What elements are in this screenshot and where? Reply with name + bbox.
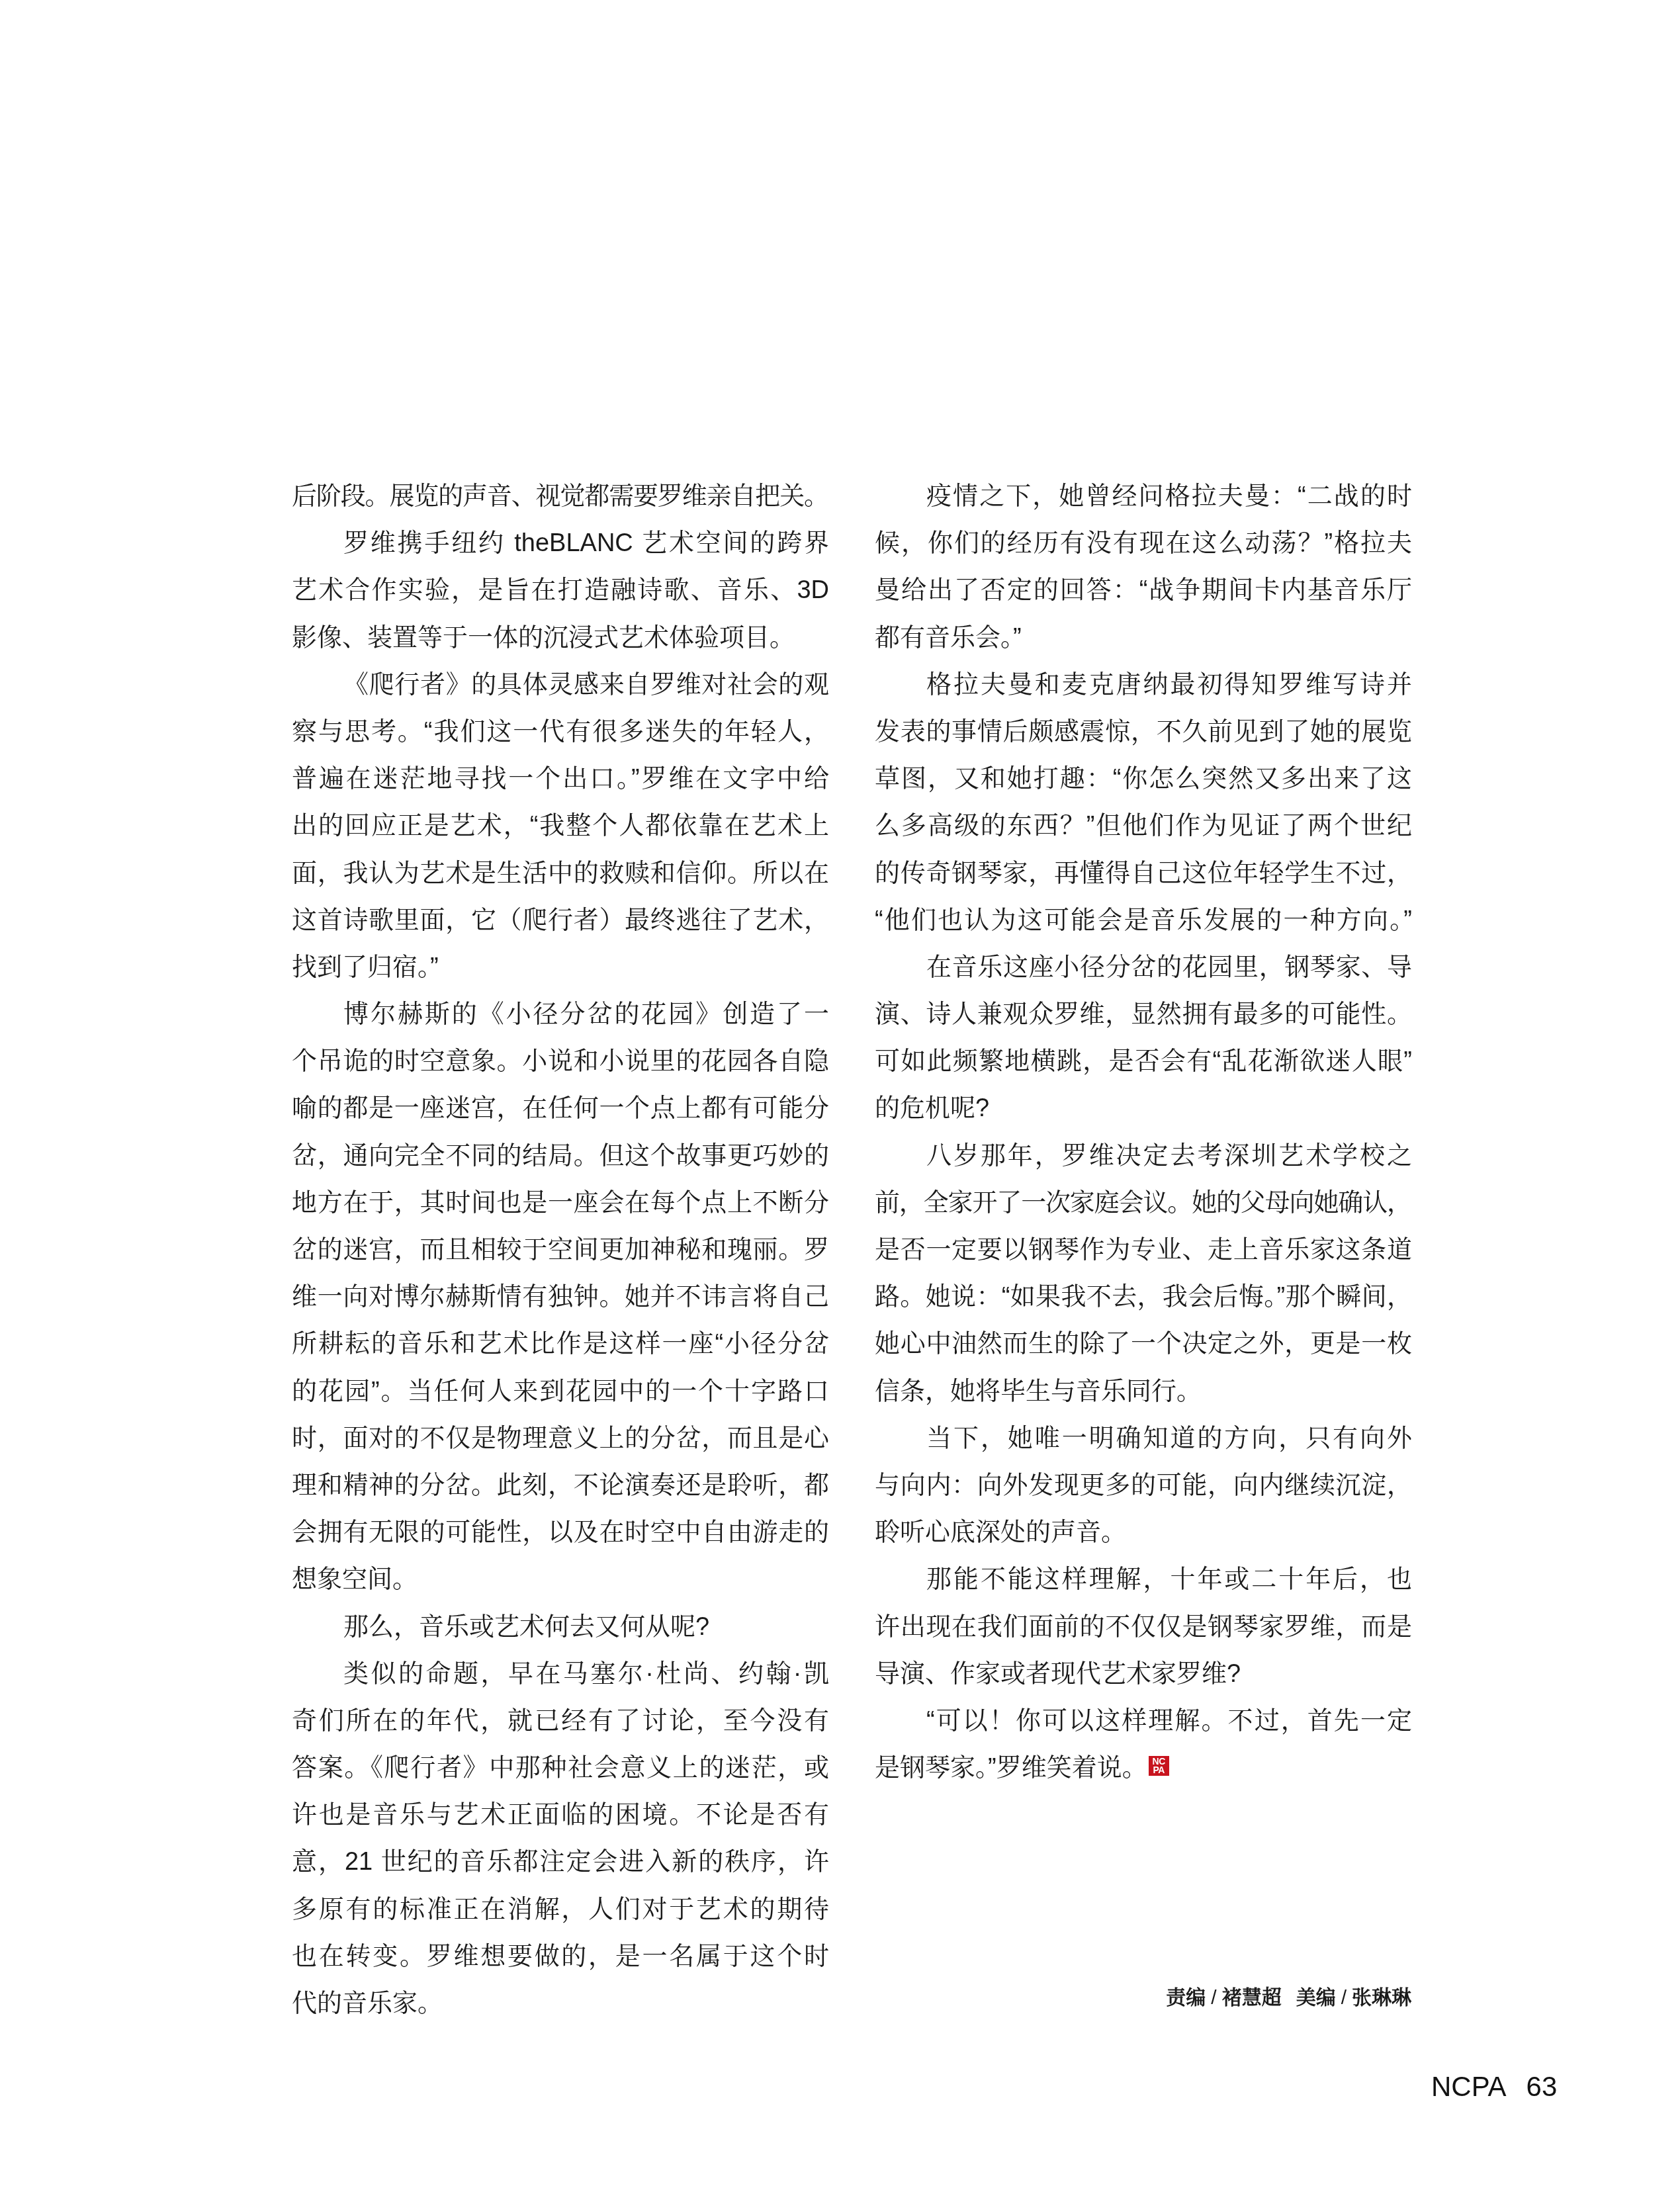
separator-slash: / [1211, 1987, 1216, 2009]
paragraph-line: 么多高级的东西？”但他们作为见证了两个世纪 [875, 803, 1412, 850]
paragraph-line: 后阶段。展览的声音、视觉都需要罗维亲自把关。 [292, 473, 829, 520]
paragraph-line: 八岁那年，罗维决定去考深圳艺术学校之 [875, 1133, 1412, 1180]
paragraph-line: 普遍在迷茫地寻找一个出口。”罗维在文字中给 [292, 756, 829, 803]
editor-name: 褚慧超 [1222, 1987, 1282, 2009]
paragraph-line: 路。她说：“如果我不去，我会后悔。”那个瞬间， [875, 1274, 1412, 1321]
paragraph-line: 艺术合作实验，是旨在打造融诗歌、音乐、3D [292, 567, 829, 614]
paragraph-line: 想象空间。 [292, 1556, 829, 1603]
paragraph-line: 影像、装置等于一体的沉浸式艺术体验项目。 [292, 615, 829, 662]
paragraph-line: 这首诗歌里面，它（爬行者）最终逃往了艺术， [292, 897, 829, 944]
paragraph-line: 面，我认为艺术是生活中的救赎和信仰。所以在 [292, 850, 829, 897]
paragraph-line: 她心中油然而生的除了一个决定之外，更是一枚 [875, 1321, 1412, 1368]
paragraph-line: 那么，音乐或艺术何去又何从呢? [292, 1604, 829, 1651]
designer-label: 美编 [1296, 1987, 1336, 2009]
page-folio: NCPA63 [1431, 2073, 1557, 2101]
paragraph-line: 与向内：向外发现更多的可能，向内继续沉淀， [875, 1462, 1412, 1509]
editor-credits: 责编/褚慧超美编/张琳琳 [1166, 1985, 1411, 2011]
paragraph-line: 在音乐这座小径分岔的花园里，钢琴家、导 [875, 944, 1412, 991]
paragraph-line: 草图，又和她打趣：“你怎么突然又多出来了这 [875, 756, 1412, 803]
paragraph-line: 罗维携手纽约 theBLANC 艺术空间的跨界 [292, 520, 829, 567]
paragraph-line: 岔，通向完全不同的结局。但这个故事更巧妙的 [292, 1133, 829, 1180]
paragraph-line: 当下，她唯一明确知道的方向，只有向外 [875, 1415, 1412, 1462]
paragraph-line: 的花园”。当任何人来到花园中的一个十字路口 [292, 1368, 829, 1415]
paragraph-line: 奇们所在的年代，就已经有了讨论，至今没有 [292, 1698, 829, 1745]
paragraph-line: 多原有的标准正在消解，人们对于艺术的期待 [292, 1886, 829, 1933]
paragraph-line: 聆听心底深处的声音。 [875, 1509, 1412, 1556]
paragraph-line: 岔的迷宫，而且相较于空间更加神秘和瑰丽。罗 [292, 1227, 829, 1274]
paragraph-line: 察与思考。“我们这一代有很多迷失的年轻人， [292, 709, 829, 756]
paragraph-line: 许出现在我们面前的不仅仅是钢琴家罗维，而是 [875, 1604, 1412, 1651]
paragraph-line: 时，面对的不仅是物理意义上的分岔，而且是心 [292, 1415, 829, 1462]
paragraph-line: 理和精神的分岔。此刻，不论演奏还是聆听，都 [292, 1462, 829, 1509]
paragraph-line: 博尔赫斯的《小径分岔的花园》创造了一 [292, 991, 829, 1038]
paragraph-line: 那能不能这样理解，十年或二十年后，也 [875, 1556, 1412, 1603]
paragraph-line: 《爬行者》的具体灵感来自罗维对社会的观 [292, 662, 829, 709]
paragraph-line: 答案。《爬行者》中那种社会意义上的迷茫，或 [292, 1745, 829, 1792]
right-column: 疫情之下，她曾经问格拉夫曼：“二战的时 候，你们的经历有没有现在这么动荡？”格拉… [875, 473, 1412, 1792]
magazine-page: 后阶段。展览的声音、视觉都需要罗维亲自把关。 罗维携手纽约 theBLANC 艺… [0, 0, 1680, 2188]
ncpa-end-mark-icon: NC PA [1149, 1756, 1169, 1776]
paragraph-line: 会拥有无限的可能性，以及在时空中自由游走的 [292, 1509, 829, 1556]
paragraph-line: 演、诗人兼观众罗维，显然拥有最多的可能性。 [875, 991, 1412, 1038]
paragraph-line: “他们也认为这可能会是音乐发展的一种方向。” [875, 897, 1412, 944]
paragraph-line: 个吊诡的时空意象。小说和小说里的花园各自隐 [292, 1038, 829, 1085]
paragraph-line: 所耕耘的音乐和艺术比作是这样一座“小径分岔 [292, 1321, 829, 1368]
paragraph-line: 都有音乐会。” [875, 615, 1412, 662]
paragraph-line: “可以！你可以这样理解。不过，首先一定 [875, 1698, 1412, 1745]
paragraph-line: 喻的都是一座迷宫，在任何一个点上都有可能分 [292, 1085, 829, 1132]
end-mark-bottom: PA [1153, 1766, 1164, 1774]
paragraph-line: 地方在于，其时间也是一座会在每个点上不断分 [292, 1180, 829, 1227]
paragraph-line: 的危机呢? [875, 1085, 1412, 1132]
left-column: 后阶段。展览的声音、视觉都需要罗维亲自把关。 罗维携手纽约 theBLANC 艺… [292, 473, 829, 2027]
paragraph-line: 维一向对博尔赫斯情有独钟。她并不讳言将自己 [292, 1274, 829, 1321]
paragraph-line: 类似的命题，早在马塞尔·杜尚、约翰·凯 [292, 1651, 829, 1698]
paragraph-line: 信条，她将毕生与音乐同行。 [875, 1368, 1412, 1415]
paragraph-line: 的传奇钢琴家，再懂得自己这位年轻学生不过， [875, 850, 1412, 897]
paragraph-line: 前，全家开了一次家庭会议。她的父母向她确认， [875, 1180, 1412, 1227]
paragraph-line: 候，你们的经历有没有现在这么动荡？”格拉夫 [875, 520, 1412, 567]
paragraph-line: 可如此频繁地横跳，是否会有“乱花渐欲迷人眼” [875, 1038, 1412, 1085]
editor-label: 责编 [1166, 1987, 1206, 2009]
paragraph-line: 出的回应正是艺术，“我整个人都依靠在艺术上 [292, 803, 829, 850]
page-number: 63 [1526, 2071, 1558, 2102]
paragraph-line: 曼给出了否定的回答：“战争期间卡内基音乐厅 [875, 567, 1412, 614]
paragraph-line: 找到了归宿。” [292, 944, 829, 991]
paragraph-line: 疫情之下，她曾经问格拉夫曼：“二战的时 [875, 473, 1412, 520]
paragraph-line-final: 是钢琴家。”罗维笑着说。 NC PA [875, 1745, 1412, 1792]
paragraph-line: 也在转变。罗维想要做的，是一名属于这个时 [292, 1933, 829, 1980]
paragraph-line: 是否一定要以钢琴作为专业、走上音乐家这条道 [875, 1227, 1412, 1274]
paragraph-line: 导演、作家或者现代艺术家罗维? [875, 1651, 1412, 1698]
separator-slash: / [1341, 1987, 1347, 2009]
paragraph-line: 发表的事情后颇感震惊，不久前见到了她的展览 [875, 709, 1412, 756]
designer-name: 张琳琳 [1352, 1987, 1411, 2009]
paragraph-line: 许也是音乐与艺术正面临的困境。不论是否有 [292, 1792, 829, 1839]
paragraph-line: 代的音乐家。 [292, 1980, 829, 2027]
paragraph-line: 格拉夫曼和麦克唐纳最初得知罗维写诗并 [875, 662, 1412, 709]
paragraph-line: 意，21 世纪的音乐都注定会进入新的秩序，许 [292, 1839, 829, 1886]
final-sentence: 是钢琴家。”罗维笑着说。 [875, 1745, 1147, 1792]
magazine-brand: NCPA [1431, 2071, 1507, 2102]
